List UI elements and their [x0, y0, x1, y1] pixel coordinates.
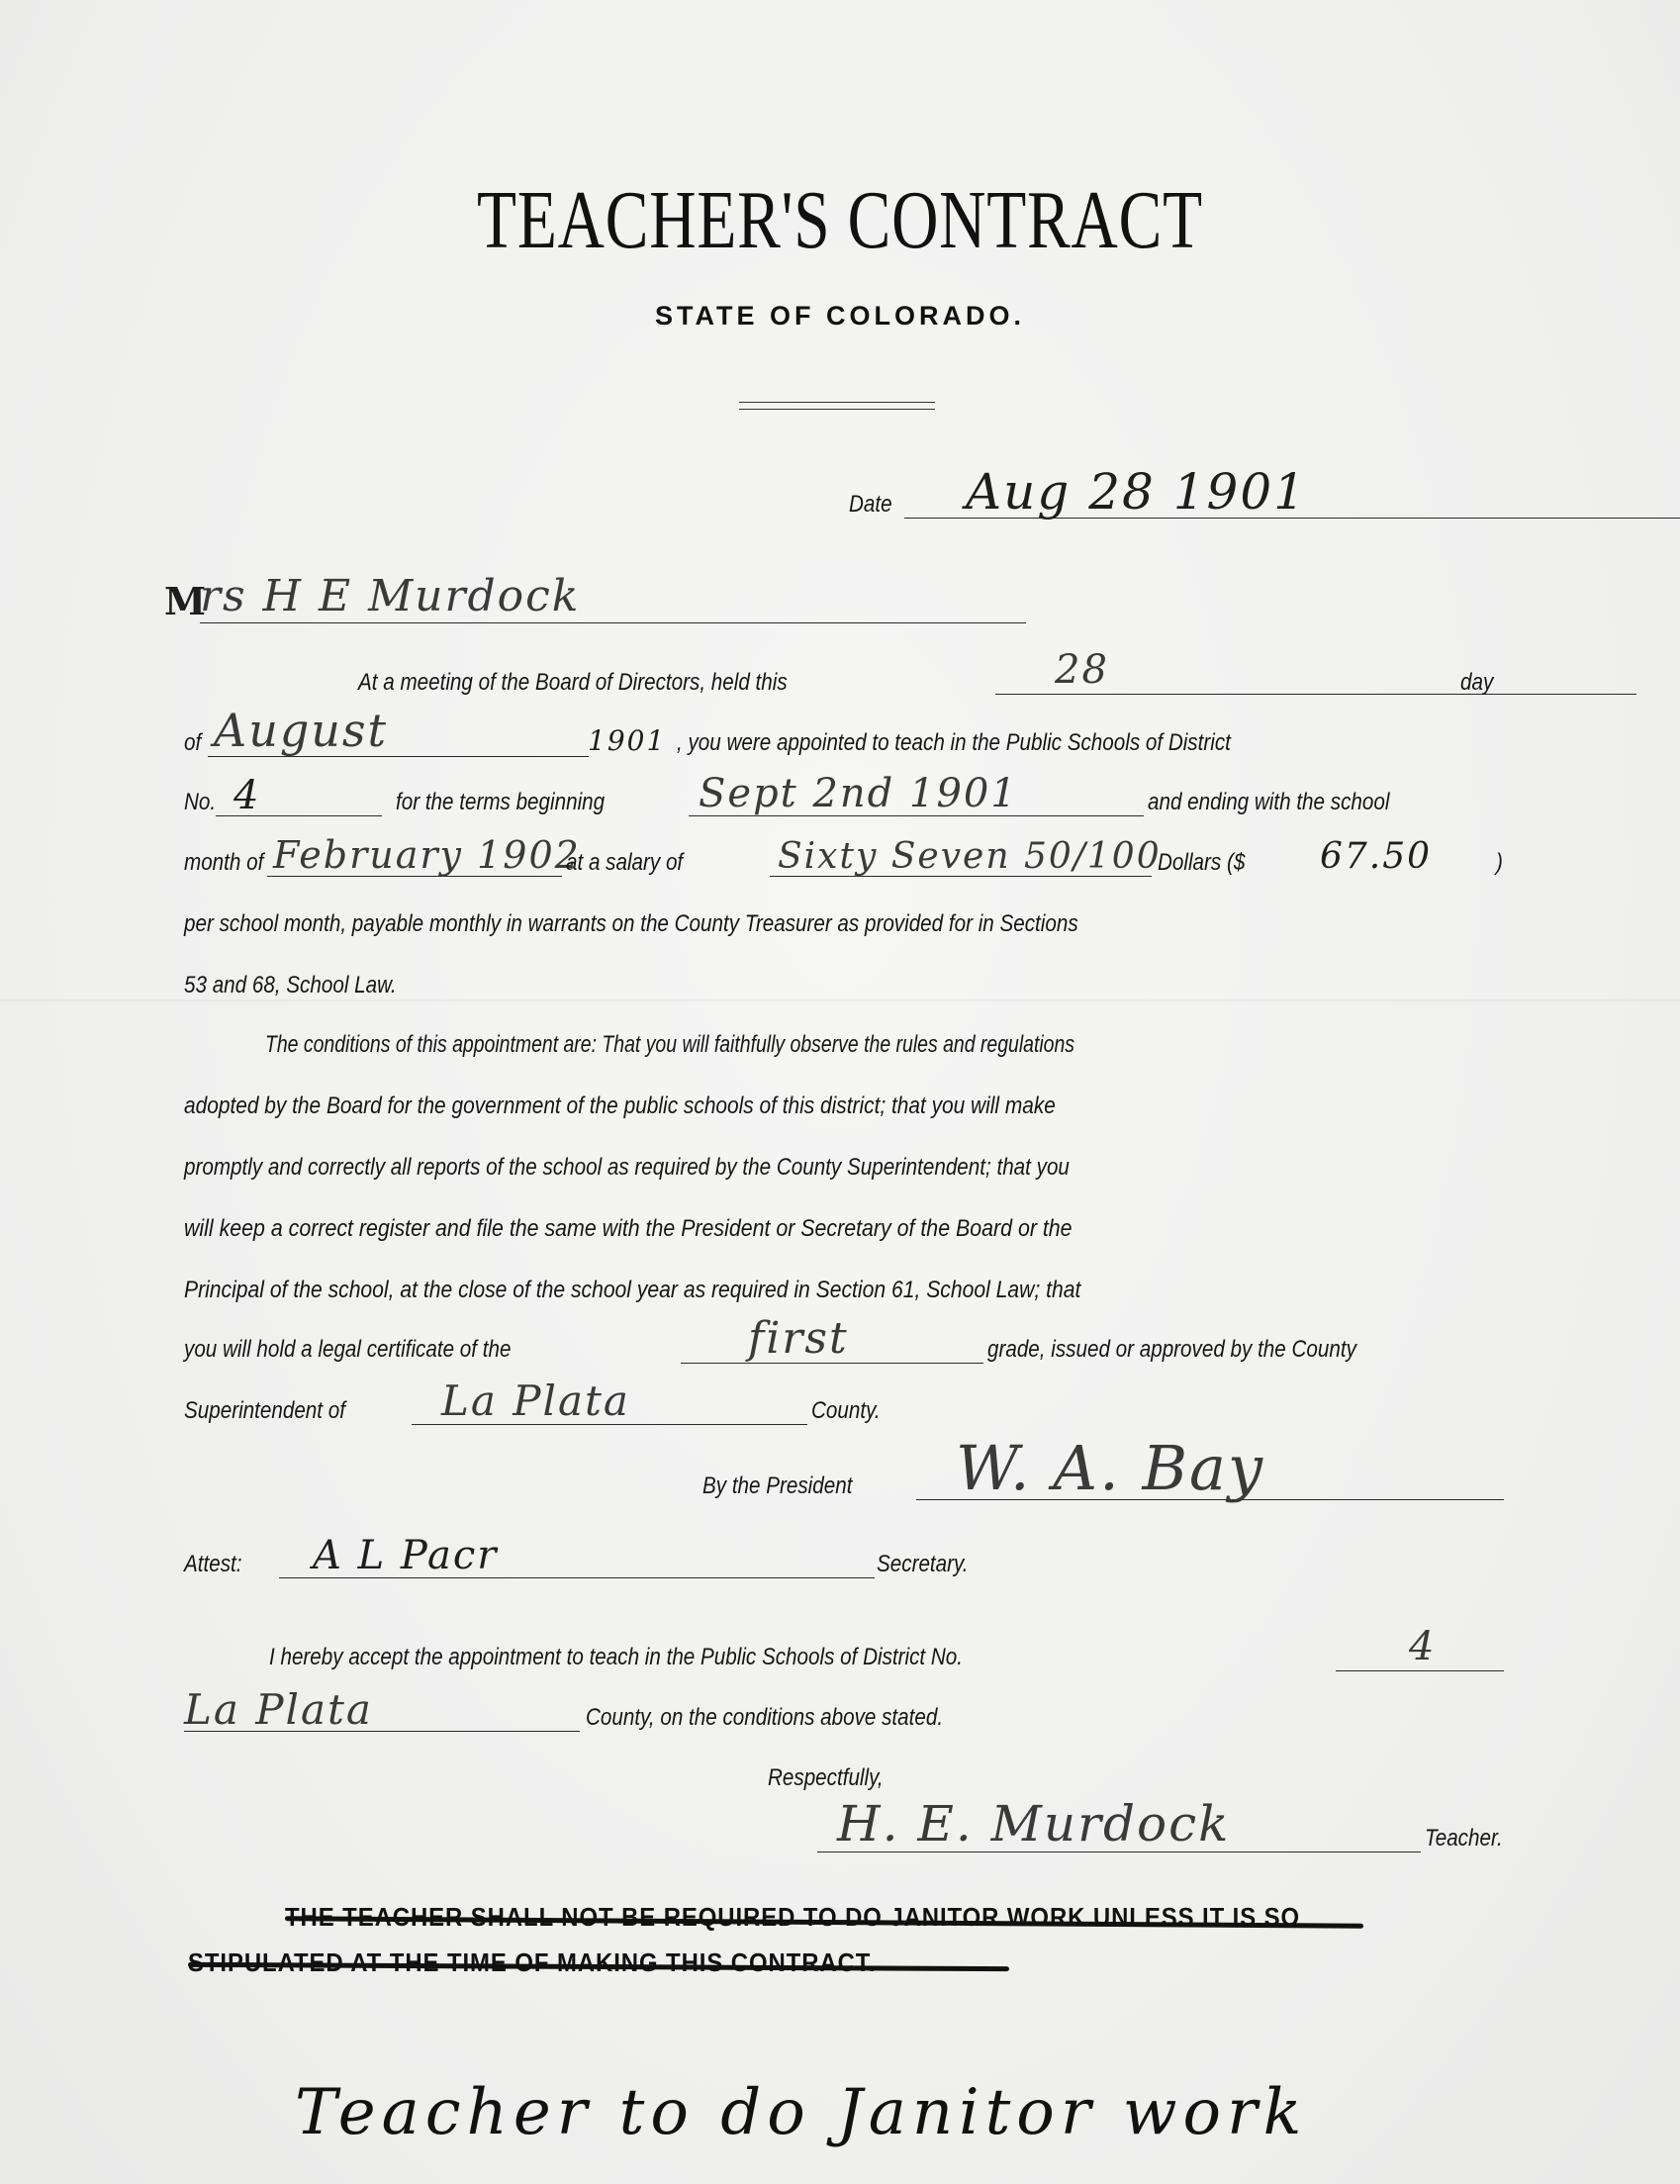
attest-row: Attest: A L Pacr Secretary.	[184, 1545, 1504, 1584]
no-label: No.	[184, 789, 216, 816]
respectfully-label: Respectfully,	[768, 1764, 884, 1792]
conditions-line-2: adopted by the Board for the government …	[184, 1087, 1504, 1126]
term-begin-value[interactable]: Sept 2nd 1901	[699, 771, 1018, 816]
conditions-text-3: promptly and correctly all reports of th…	[184, 1154, 1070, 1182]
date-label: Date	[849, 491, 892, 519]
accept-county-value[interactable]: La Plata	[184, 1685, 373, 1734]
conditions-text-4: will keep a correct register and file th…	[184, 1215, 1073, 1243]
superintendent-label: Superintendent of	[184, 1397, 345, 1425]
conditions-line-5: Principal of the school, at the close of…	[184, 1271, 1504, 1310]
document-subtitle: STATE OF COLORADO.	[0, 301, 1680, 332]
salary-label: at a salary of	[566, 849, 683, 877]
addressee-field-line	[200, 622, 1026, 623]
meeting-row: At a meeting of the Board of Directors, …	[184, 663, 1504, 703]
of-label: of	[184, 729, 201, 757]
meeting-day-suffix: day	[1460, 669, 1493, 697]
term-end-value[interactable]: February 1902	[273, 833, 581, 877]
secretary-signature[interactable]: A L Pacr	[313, 1533, 498, 1578]
certificate-row: you will hold a legal certificate of the…	[184, 1330, 1504, 1370]
date-value[interactable]: Aug 28 1901	[966, 463, 1307, 521]
appointment-row: of August 1901 , you were appointed to t…	[184, 723, 1504, 763]
certificate-grade-value[interactable]: first	[748, 1313, 849, 1364]
conditions-text-5: Principal of the school, at the close of…	[184, 1277, 1080, 1304]
teacher-signature[interactable]: H. E. Murdock	[837, 1795, 1230, 1852]
payment-line-1: per school month, payable monthly in war…	[184, 904, 1504, 944]
president-row: By the President W. A. Bay	[184, 1467, 1504, 1506]
meeting-day-line	[995, 694, 1636, 695]
contract-page: TEACHER'S CONTRACT STATE OF COLORADO. Da…	[0, 0, 1680, 2184]
salary-words-value[interactable]: Sixty Seven 50/100	[778, 836, 1162, 877]
handwritten-note: Teacher to do Janitor work	[295, 2076, 1307, 2149]
title-rule-bottom	[739, 409, 935, 410]
respectfully-row: Respectfully,	[184, 1758, 1504, 1798]
date-row: Date Aug 28 1901	[184, 485, 1504, 524]
terms-row: No. 4 for the terms beginning Sept 2nd 1…	[184, 783, 1504, 822]
district-no-value[interactable]: 4	[233, 773, 260, 818]
accept-text: I hereby accept the appointment to teach…	[269, 1644, 963, 1671]
county-label: County.	[811, 1397, 881, 1425]
month-value[interactable]: August	[214, 704, 388, 757]
conditions-line-4: will keep a correct register and file th…	[184, 1209, 1504, 1249]
teacher-row: H. E. Murdock Teacher.	[184, 1819, 1504, 1858]
addressee-value[interactable]: rs H E Murdock	[200, 571, 580, 621]
terms-text: for the terms beginning	[396, 789, 605, 816]
attest-label: Attest:	[184, 1551, 242, 1578]
teacher-label: Teacher.	[1425, 1825, 1503, 1852]
conditions-text-2: adopted by the Board for the government …	[184, 1092, 1056, 1120]
meeting-text: At a meeting of the Board of Directors, …	[358, 669, 788, 697]
month-of-label: month of	[184, 849, 263, 877]
dollars-label: Dollars ($	[1158, 849, 1245, 877]
salary-row: month of February 1902 at a salary of Si…	[184, 843, 1504, 883]
title-rule-top	[739, 402, 935, 403]
payment-text-2: 53 and 68, School Law.	[184, 972, 397, 999]
accept-county-suffix: County, on the conditions above stated.	[586, 1704, 943, 1732]
meeting-day-value[interactable]: 28	[1055, 647, 1109, 693]
accept-district-value[interactable]: 4	[1409, 1624, 1436, 1669]
certificate-suffix: grade, issued or approved by the County	[987, 1336, 1356, 1364]
accept-county-row: La Plata County, on the conditions above…	[184, 1698, 1504, 1738]
conditions-text-1: The conditions of this appointment are: …	[265, 1031, 1074, 1059]
year-value[interactable]: 1901	[588, 724, 666, 757]
addressee-row: M rs H E Murdock	[184, 584, 1504, 623]
appointed-text: , you were appointed to teach in the Pub…	[677, 729, 1231, 757]
secretary-label: Secretary.	[877, 1551, 969, 1578]
president-label: By the President	[702, 1472, 852, 1500]
conditions-line-1: The conditions of this appointment are: …	[184, 1025, 1504, 1065]
superintendent-county-value[interactable]: La Plata	[441, 1377, 630, 1425]
certificate-text: you will hold a legal certificate of the	[184, 1336, 511, 1364]
ending-text: and ending with the school	[1148, 789, 1389, 816]
accept-row: I hereby accept the appointment to teach…	[184, 1638, 1504, 1677]
accept-district-line	[1336, 1670, 1504, 1671]
salary-numeric-value[interactable]: 67.50	[1320, 836, 1432, 877]
conditions-line-3: promptly and correctly all reports of th…	[184, 1148, 1504, 1187]
payment-line-2: 53 and 68, School Law.	[184, 966, 1504, 1005]
document-title: TEACHER'S CONTRACT	[185, 176, 1495, 265]
dollars-close: )	[1496, 849, 1503, 877]
president-signature[interactable]: W. A. Bay	[956, 1432, 1264, 1504]
payment-text-1: per school month, payable monthly in war…	[184, 910, 1078, 938]
superintendent-row: Superintendent of La Plata County.	[184, 1391, 1504, 1431]
